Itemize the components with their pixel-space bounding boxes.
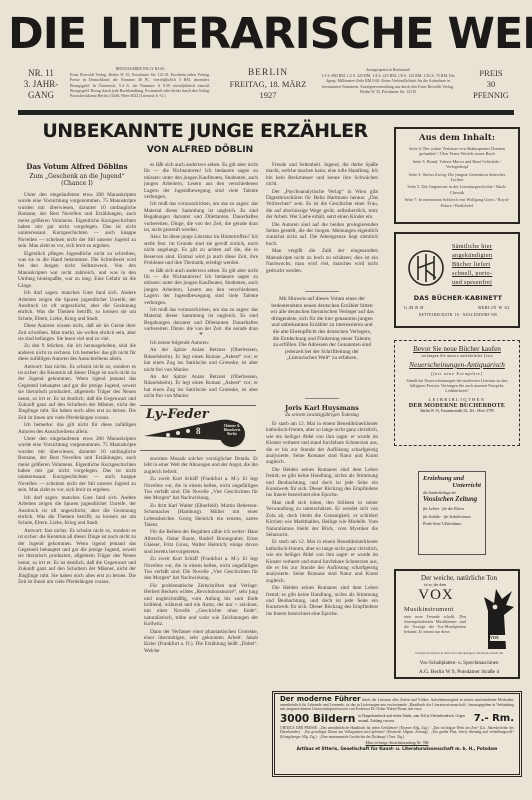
buecherbote-ad: Bevor Sie neue Bücher kaufen verlangen S… — [394, 340, 520, 446]
vox-product: Musikinstrument — [404, 606, 454, 613]
price-block: PREIS 30 PFENNIG — [466, 68, 516, 101]
paragraph: Freude und Seltenheit. Jugend, die derbe… — [266, 162, 378, 188]
vox-brand: VOX — [406, 587, 466, 604]
vox-body: stets neue Freunde schafft. Den feinempf… — [404, 614, 466, 634]
lyfeder-brand: Ly-Feder — [146, 407, 209, 422]
section1-note: (Chance I) — [18, 180, 136, 187]
script-line: für Lehrer · für die Eltern — [423, 506, 481, 511]
contents-item[interactable]: Seite 2: Der wahre Verfasser von Shakesp… — [402, 146, 512, 157]
divider — [305, 291, 339, 292]
column-2-lower: enormes Mosaik solcher vorzüglicher Deta… — [144, 456, 258, 781]
paragraph: Der „Psychoanalytische Verlag“ in Wien g… — [266, 189, 378, 221]
handbuch-mid: in Doppeltondruck und vielen Tafeln, zum… — [358, 714, 470, 723]
paragraph: Zu zweit Kurt Schäff (Frankfurt a. M.). … — [144, 476, 258, 502]
paragraph: Antwort: fast nichts. Es scheint nicht s… — [18, 528, 136, 586]
dbk-city: BERLIN W 62 — [478, 305, 510, 310]
handbuch-footer: Artibus et litteris, Gesellschaft für Ku… — [280, 746, 514, 751]
city: BERLIN — [218, 68, 318, 79]
vox-logo-text: VOX — [490, 635, 499, 640]
contents-box: Aus dem Inhalt: Seite 2: Der wahre Verfa… — [394, 127, 520, 224]
paragraph: Die Helden seines Romanes sind dem Leben… — [266, 467, 378, 499]
obit-title: Joris Karl Huysmans — [266, 404, 378, 412]
column-1: Unter den eingelaufenen etwa 200 Manuskr… — [18, 192, 136, 772]
section1-title: Das Votum Alfred Döblins — [18, 162, 136, 171]
byline: VON ALFRED DÖBLIN — [60, 145, 340, 155]
handbuch-intro: Der moderne Führer durch die Literatur a… — [280, 697, 514, 712]
vox-company: Vox-Schallplatten- u. Sprechmaschinen — [400, 661, 518, 666]
column-3-obit: Er starb am 12. Mai in einem Benediktine… — [266, 421, 378, 683]
vox-ad: Der weiche, natürliche Ton ist es, der d… — [394, 569, 520, 679]
date: FREITAG, 18. MÄRZ — [218, 79, 318, 90]
paragraph: Unter den eingelaufenen etwa 200 Manuskr… — [18, 436, 136, 494]
paragraph: Ich nenne folgende Autoren: — [144, 340, 258, 346]
paragraph: Er starb am 12. Mai in einem Benediktine… — [266, 421, 378, 466]
paragraph: An der Spitze Anian Betzner (Oberbessen,… — [144, 347, 258, 373]
issue-info: NR. 11 3. JAHR- GANG — [18, 68, 64, 101]
dbk-line: und spesenfrei — [452, 278, 516, 287]
buecherbote-line1: verlangen Sie unsere ausführliche Liste — [400, 354, 514, 358]
dbk-logo-icon — [406, 248, 446, 288]
script-line: die Sonderbeilage der — [423, 491, 481, 495]
contents-item[interactable]: Seite 4: Stefan Zweig: Die jüngste Gener… — [402, 172, 512, 183]
paragraph: Man muß sich hüten, den Stilisten in sei… — [266, 500, 378, 538]
lyfeder-number: 8 — [196, 426, 201, 436]
paragraph: Die Autoren sind auf die beiden prologie… — [266, 222, 378, 248]
paragraph: Zu den 9 Stücken, die ich herausgehoben,… — [18, 343, 136, 362]
maker-line: Berlin — [220, 432, 244, 436]
paragraph: Die Helden seines Romanes sind dem Leben… — [266, 585, 378, 617]
ad-prices-block: Anzeigenpreise in Reichsmark 1/1 S. 800 … — [318, 68, 458, 94]
script-line: Probe-Seite Ullsteinhaus — [423, 522, 481, 526]
handbuch-price-row: 3000 Bildern in Doppeltondruck und viele… — [280, 713, 514, 725]
paragraph: Eigentlich pflegen Jugendliche nicht zu … — [18, 251, 136, 289]
paragraph: Zu dritt Karl Walter (Elberfeld). Martin… — [144, 503, 258, 529]
section1-heading: Das Votum Alfred Döblins Zum „Geschenk a… — [18, 162, 136, 187]
buecherkabinett-ad: Sämtliche hier angekündigten Bücher lief… — [394, 232, 520, 328]
lyfeder-maker: Heintze & Blanckertz Berlin — [220, 424, 244, 437]
dbk-tagline: Sämtliche hier angekündigten Bücher lief… — [452, 242, 516, 287]
paragraph: Ich muß das vorausschicken, um das zu sa… — [144, 307, 258, 330]
paragraph: Ich darf sagen: manches Gute fand sich. … — [18, 495, 136, 527]
buecherbote-address: Berlin W 15, Fasanenstraße 54, Tel.: Oli… — [400, 409, 514, 413]
paragraph: es läßt sich auch anderswo sehen. Es gil… — [144, 268, 258, 306]
publisher-appeal: Mit Hinweis auf dieses Votum eines der b… — [270, 296, 374, 362]
paragraph: Dann der Verfasser einer phantastischen … — [144, 629, 258, 655]
issue-year-cont: GANG — [18, 90, 64, 101]
handbuch-reviews: URTEILE DER PRESSE: „Das unentbehrliche … — [280, 726, 514, 739]
handbuch-request[interactable]: Man verlange Ansichtssendung Nr. 78b — [280, 740, 514, 745]
dbk-address: NETTELBECKSTR. 18 · NOLLENDORF 500 — [402, 313, 514, 317]
ad-prices: 1/1 S. 800 RM, 1/2 S. 425 RM, 1/4 S. 225… — [318, 73, 458, 94]
section1-subtitle: Zum „Geschenk an die Jugend“ — [18, 173, 136, 180]
vox-headline: Der weiche, natürliche Ton — [400, 574, 518, 582]
vox-address: A.G. Berlin W 9, Potsdamer Straße 4 — [400, 669, 518, 675]
paragraph: Ich muß das vorausschicken, um das zu sa… — [144, 201, 258, 233]
paragraph: Unter den eingelaufenen etwa 200 Manuskr… — [18, 192, 136, 250]
paragraph: Man vergißt die Zahl der eingesandten Ma… — [266, 248, 378, 274]
publisher-block: HERAUSGEBER WILLY HAAS Ernst Rowohlt Ver… — [70, 67, 210, 98]
dbk-gmbh: G.M.B.H. — [404, 305, 426, 310]
buecherbote-script: Neuerscheinungen-Antiquarisch — [400, 360, 514, 369]
paragraph: Er starb am 12. Mai in einem Benediktine… — [266, 539, 378, 584]
paragraph: enormes Mosaik solcher vorzüglicher Deta… — [144, 456, 258, 475]
script-line: Vossischen Zeitung — [423, 496, 481, 503]
column-2-authors: Ich nenne folgende Autoren: An der Spitz… — [144, 340, 258, 402]
issue-year: 3. JAHR- — [18, 79, 64, 90]
contents-item[interactable]: Seite 5: Die Gegenwart in der Literaturg… — [402, 184, 512, 195]
price-label: PREIS — [466, 68, 516, 79]
paragraph: An der Spitze Anian Betzner (Oberbessen,… — [144, 374, 258, 400]
date-block: BERLIN FREITAG, 18. MÄRZ 1927 — [218, 68, 318, 101]
separator-star: * — [144, 331, 258, 339]
paragraph: Für die Reihen der Begabten zähle ich we… — [144, 529, 258, 555]
handbuch-big: 3000 Bildern — [280, 713, 355, 725]
vox-note: Vorspiel kostenlos in allen Vox-Niederla… — [402, 651, 516, 655]
contents-item[interactable]: Seite 3: Brand, Valerie Marcu und René S… — [402, 159, 512, 170]
buecherbote-name: DER MODERNE BÜCHERBOTE — [400, 402, 514, 409]
header-rule — [18, 110, 514, 115]
price-value: 30 — [466, 79, 516, 90]
year: 1927 — [218, 90, 318, 101]
dbk-line: angekündigten — [452, 251, 516, 260]
paragraph: Diese Autoren wissen nicht, daß sie im G… — [18, 323, 136, 342]
contents-item[interactable]: Seite 7: In memoriam Schleich von Wolfga… — [402, 197, 512, 208]
divider — [305, 398, 339, 399]
vossische-ad: Erziehung und Unterricht die Sonderbeila… — [418, 471, 486, 555]
script-line: für Schüler · für Schülerinnen — [423, 514, 481, 519]
dbk-line: Bücher liefert — [452, 260, 516, 269]
handbuch-price: 7.- Rm. — [474, 713, 514, 724]
dbk-line: schnell, porto- — [452, 269, 516, 278]
buecherbote-note: (fast neue Exemplare) — [400, 371, 514, 376]
script-line: Erziehung und — [423, 475, 481, 482]
handbuch-ad: Der moderne Führer durch die Literatur a… — [272, 691, 522, 777]
dbk-name: DAS BÜCHER·KABINETT — [402, 294, 514, 302]
paragraph: Antwort: fast nichts. Es scheint nicht s… — [18, 364, 136, 422]
column-2-upper: es läßt sich auch anderswo sehen. Es gil… — [144, 162, 258, 330]
publisher-info: Ernst Rowohlt Verlag, Berlin W 35, Potsd… — [70, 72, 210, 98]
lyfeder-ad: Ly-Feder 8 Heintze & Blanckertz Berlin — [140, 405, 256, 451]
headline: UNBEKANNTE JUNGE ERZÄHLER — [40, 120, 370, 142]
price-unit: PFENNIG — [466, 90, 516, 101]
paragraph: Ich bemerke: das gilt nicht für diese zu… — [18, 422, 136, 435]
contents-title: Aus dem Inhalt: — [402, 133, 512, 143]
column-3-upper: Freude und Seltenheit. Jugend, die derbe… — [266, 162, 378, 288]
script-line: Unterricht — [423, 482, 481, 489]
paragraph: Zu zweit Kurt Schäff (Frankfurt a. M.). … — [144, 556, 258, 582]
paragraph: Ich darf sagen: manches Gute fand sich. … — [18, 290, 136, 322]
issue-number: NR. 11 — [18, 68, 64, 79]
obit-subtitle: Zu seinem zwanzigjährigen Todestag — [266, 413, 378, 418]
paragraph: Also: Ist diese junge Literatur im Hinte… — [144, 234, 258, 266]
buecherbote-body: Sämtliche Neuerscheinungen der modernen … — [400, 378, 514, 394]
buecherbote-headline: Bevor Sie neue Bücher kaufen — [400, 345, 514, 353]
paragraph: Für problematische Zeitschriften und Ver… — [144, 583, 258, 628]
paragraph: es läßt sich auch anderswo sehen. Es gil… — [144, 162, 258, 200]
masthead-title: DIE LITERARISCHE WELT — [8, 10, 524, 58]
dbk-line: Sämtliche hier — [452, 242, 516, 251]
